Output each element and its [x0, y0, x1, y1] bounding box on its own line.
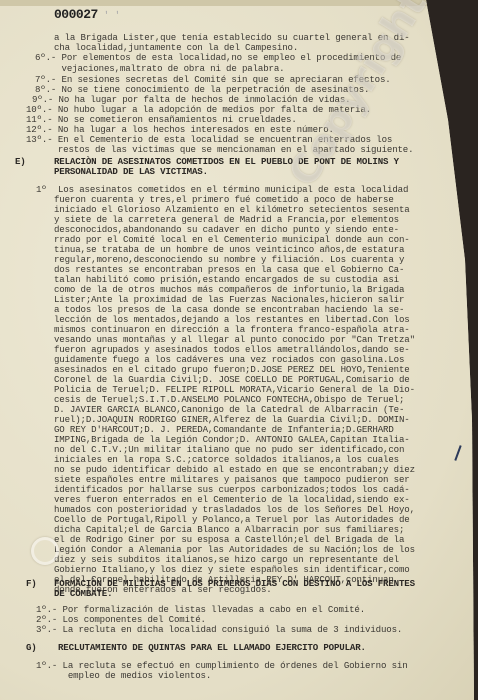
- typewritten-document: 000027 ʹ ʹ a la Brigada Lister,que tenía…: [0, 0, 478, 700]
- section-f-title-cont: DE COMBATE.: [54, 588, 112, 599]
- text-line: vejaciones,maltrato de obra ni de palabr…: [35, 63, 284, 74]
- section-g-item-1-cont: empleo de medios violentos.: [36, 670, 211, 681]
- text-line: restos de las victimas que se mencionama…: [26, 144, 413, 155]
- section-g-letter: G): [26, 642, 37, 653]
- section-e-letter: E): [15, 156, 26, 167]
- section-e-title-cont: PERSONALIDAD DE LAS VICTIMAS.: [54, 166, 208, 177]
- folio-number: 000027 ʹ ʹ: [54, 9, 120, 22]
- section-g-title: RECLUTAMIENTO DE QUINTAS PARA EL LLAMADO…: [58, 642, 366, 653]
- section-f-letter: F): [26, 578, 37, 589]
- pen-mark: [454, 445, 461, 461]
- copyright-symbol-icon: [31, 537, 59, 565]
- section-e-item-number: 1º: [36, 184, 47, 195]
- section-f-item-3: 3º.- La recluta en dicha localidad consi…: [36, 624, 402, 635]
